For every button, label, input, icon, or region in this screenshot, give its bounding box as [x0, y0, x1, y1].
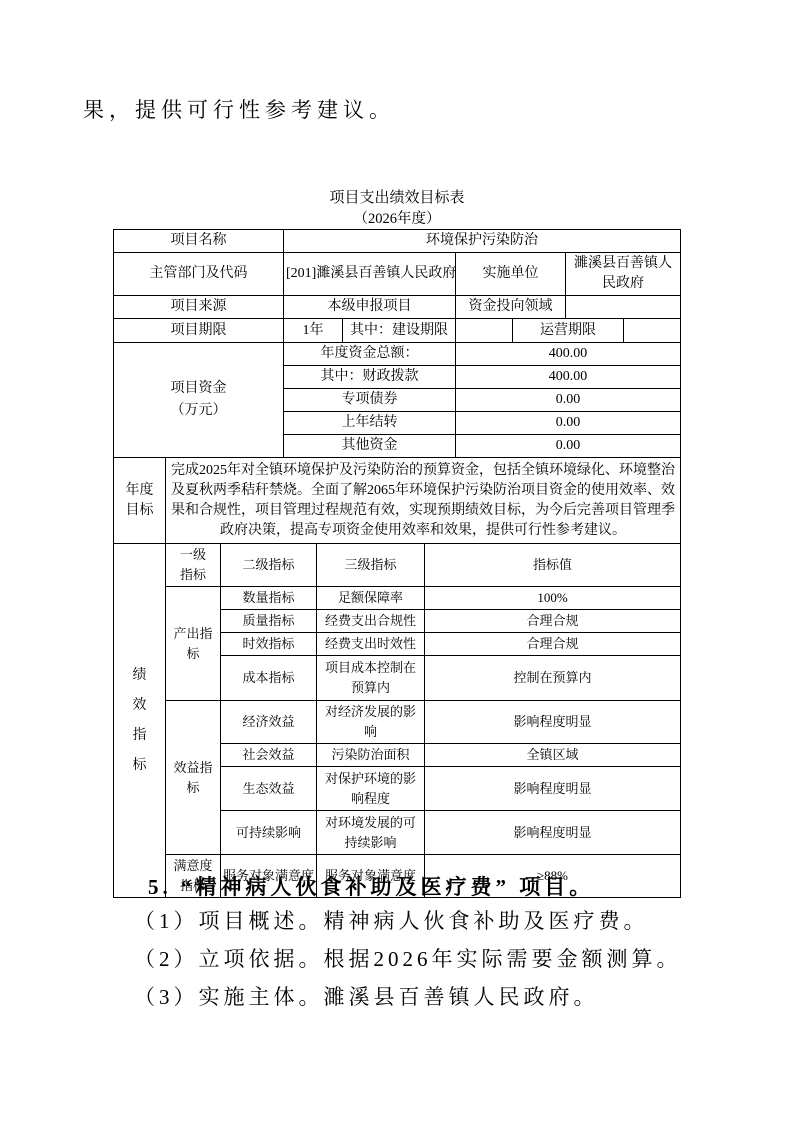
project-name-label-cell: 项目名称	[114, 230, 284, 253]
indicator-l3: 项目成本控制在预算内	[317, 656, 425, 701]
funds-row-value: 0.00	[456, 435, 681, 458]
indicator-value: 影响程度明显	[425, 811, 681, 855]
funds-label-cell: 项目资金（万元）	[114, 343, 284, 458]
source-value-cell: 本级申报项目	[284, 296, 456, 319]
period-label-cell: 项目期限	[114, 319, 284, 343]
funds-row-label: 其他资金	[284, 435, 456, 458]
period-value-cell: 1年	[284, 319, 343, 343]
funds-row-label: 专项债券	[284, 389, 456, 412]
indicator-value: 影响程度明显	[425, 767, 681, 811]
funds-row-label: 其中：财政拨款	[284, 366, 456, 389]
indicator-l2: 社会效益	[221, 744, 317, 767]
indicator-l3: 对环境发展的可持续影响	[317, 811, 425, 855]
indicator-l2: 质量指标	[221, 610, 317, 633]
fund-direction-value-cell	[566, 296, 681, 319]
indicator-header-l3: 三级指标	[317, 544, 425, 587]
funds-row-value: 400.00	[456, 366, 681, 389]
dept-label-cell: 主管部门及代码	[114, 253, 284, 296]
indicator-value: 合理合规	[425, 633, 681, 656]
indicator-l3: 对经济发展的影响	[317, 701, 425, 744]
project-name-value-cell: 环境保护污染防治	[284, 230, 681, 253]
source-label-cell: 项目来源	[114, 296, 284, 319]
dept-value-cell: [201]濉溪县百善镇人民政府	[284, 253, 456, 296]
intro-paragraph: 果，提供可行性参考建议。	[83, 94, 395, 126]
indicator-value: 影响程度明显	[425, 701, 681, 744]
section-items: （1）项目概述。精神病人伙食补助及医疗费。 （2）立项依据。根据2026年实际需…	[134, 902, 682, 1016]
table-subtitle: （2026年度）	[0, 207, 794, 228]
indicator-l2: 生态效益	[221, 767, 317, 811]
table-title: 项目支出绩效目标表	[0, 186, 794, 207]
indicator-l3: 污染防治面积	[317, 744, 425, 767]
performance-target-table: 项目名称 环境保护污染防治 主管部门及代码 [201]濉溪县百善镇人民政府 实施…	[113, 229, 681, 898]
op-period-value-cell	[624, 319, 681, 343]
funds-label: 项目资金（万元）	[167, 378, 230, 422]
group-benefit-label-cell: 效益指标	[166, 701, 221, 855]
indicator-l3: 足额保障率	[317, 587, 425, 610]
indicator-l3: 经费支出时效性	[317, 633, 425, 656]
indicator-header-l2: 二级指标	[221, 544, 317, 587]
funds-row-value: 400.00	[456, 343, 681, 366]
section-heading: 5. “精神病人伙食补助及医疗费” 项目。	[148, 872, 594, 902]
section-item-basis: （2）立项依据。根据2026年实际需要金额测算。	[134, 940, 682, 978]
indicator-value: 控制在预算内	[425, 656, 681, 701]
funds-row-label: 年度资金总额：	[284, 343, 456, 366]
indicator-l2: 可持续影响	[221, 811, 317, 855]
fund-direction-label-cell: 资金投向领域	[456, 296, 566, 319]
indicator-header-l1: 一级指标	[166, 544, 221, 587]
indicator-value: 100%	[425, 587, 681, 610]
op-period-label-cell: 运营期限	[513, 319, 624, 343]
indicator-l3: 对保护环境的影响程度	[317, 767, 425, 811]
indicator-value: 合理合规	[425, 610, 681, 633]
performance-label: 绩效指标	[132, 661, 147, 781]
impl-unit-label-cell: 实施单位	[456, 253, 566, 296]
indicator-l3: 经费支出合规性	[317, 610, 425, 633]
section-item-implementer: （3）实施主体。濉溪县百善镇人民政府。	[134, 978, 682, 1016]
section-item-overview: （1）项目概述。精神病人伙食补助及医疗费。	[134, 902, 682, 940]
performance-label-cell: 绩效指标	[114, 544, 166, 898]
annual-goal-text-cell: 完成2025年对全镇环境保护及污染防治的预算资金，包括全镇环境绿化、环境整治及夏…	[166, 458, 681, 544]
indicator-l2: 数量指标	[221, 587, 317, 610]
indicator-header-value: 指标值	[425, 544, 681, 587]
indicator-value: 全镇区域	[425, 744, 681, 767]
indicator-l2: 经济效益	[221, 701, 317, 744]
funds-row-value: 0.00	[456, 389, 681, 412]
funds-row-label: 上年结转	[284, 412, 456, 435]
funds-row-value: 0.00	[456, 412, 681, 435]
annual-goal-label-cell: 年度目标	[114, 458, 166, 544]
indicator-l2: 成本指标	[221, 656, 317, 701]
indicator-header-l1-text: 一级指标	[179, 545, 208, 585]
impl-unit-value-cell: 濉溪县百善镇人民政府	[566, 253, 681, 296]
document-page: 果，提供可行性参考建议。 项目支出绩效目标表 （2026年度） 项目名称 环境保…	[0, 0, 794, 1122]
annual-goal-label: 年度目标	[124, 481, 155, 521]
group-output-label-cell: 产出指标	[166, 587, 221, 701]
build-period-value-cell	[456, 319, 513, 343]
build-period-label-cell: 其中：建设期限	[343, 319, 456, 343]
indicator-l2: 时效指标	[221, 633, 317, 656]
